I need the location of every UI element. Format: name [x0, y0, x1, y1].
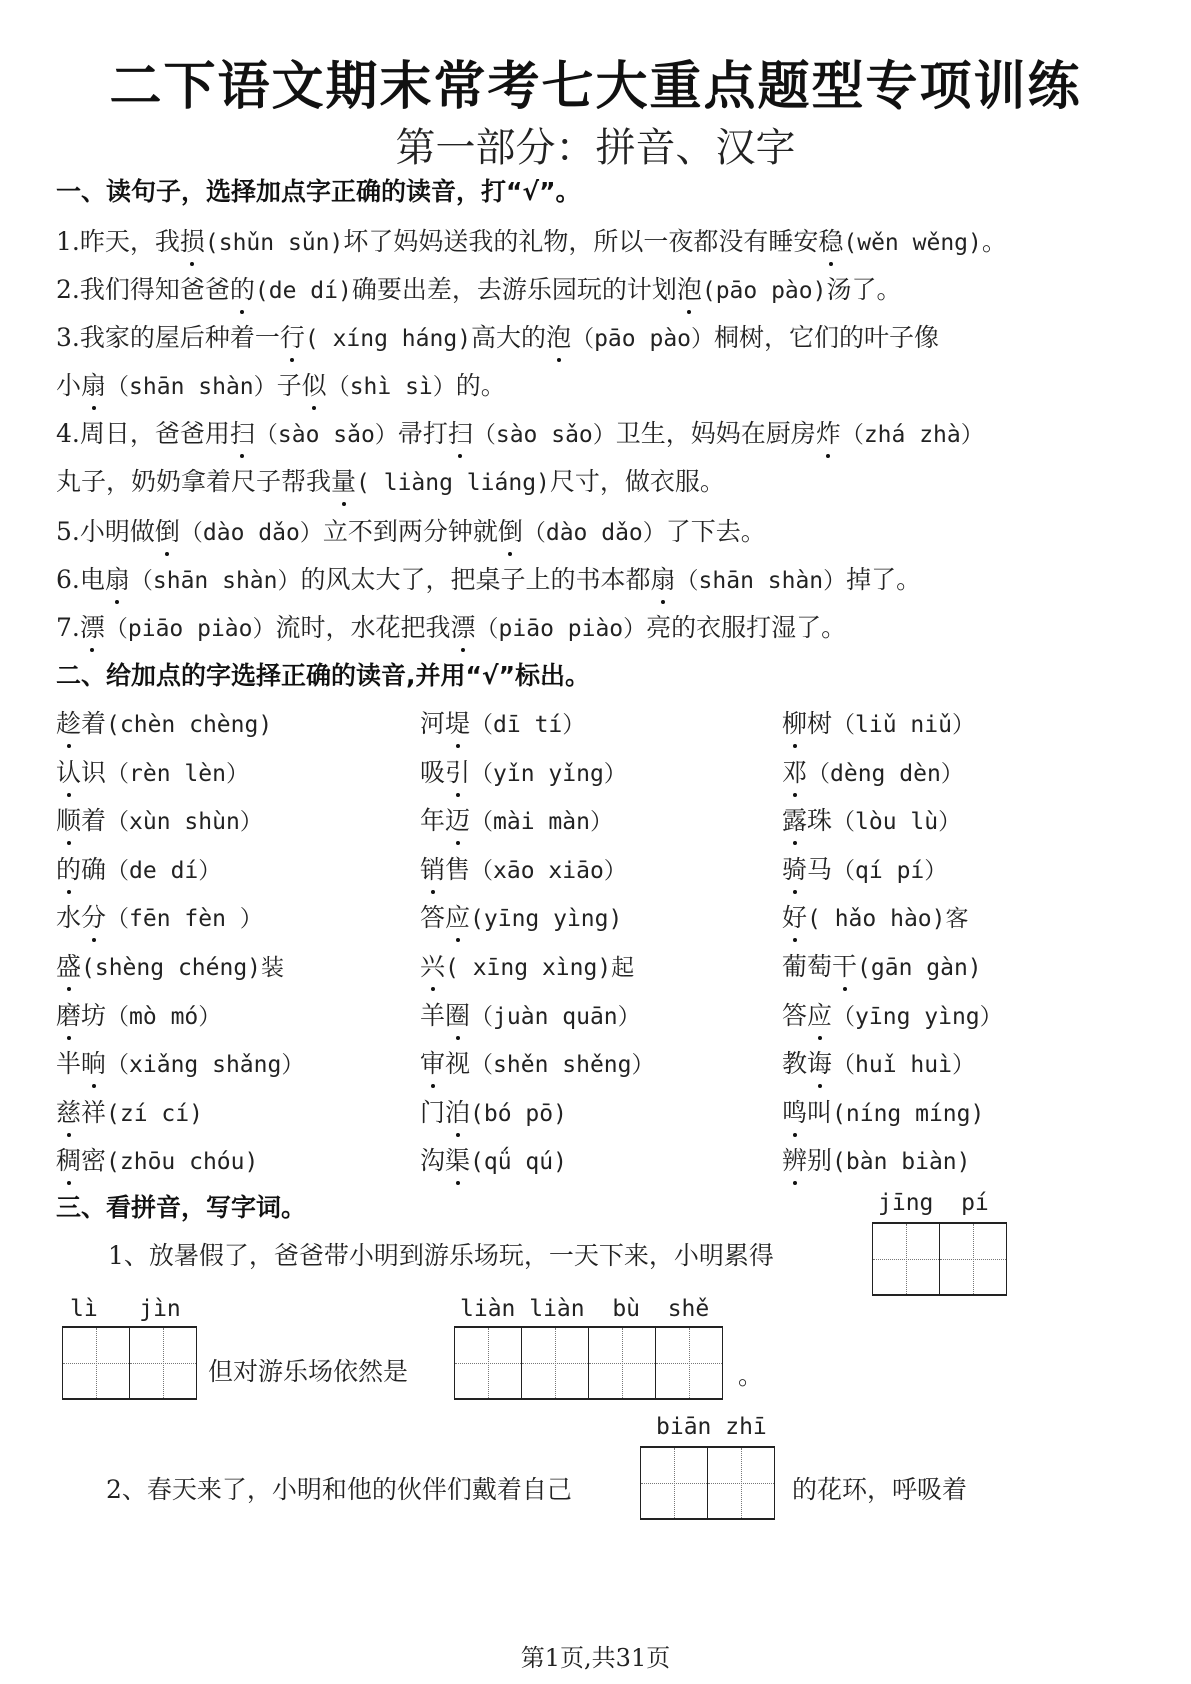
pinyin-options[interactable]: （juàn quān） — [470, 1004, 641, 1030]
dotted-char: 漂 — [80, 608, 105, 644]
pinyin-options[interactable]: （lòu lù） — [832, 809, 961, 835]
sentence-text: 高大的 — [471, 323, 546, 352]
char-box[interactable] — [522, 1328, 589, 1398]
sentence-line: 4.周日，爸爸用扫（sào sǎo）帚打扫（sào sǎo）卫生，妈妈在厨房炸（… — [56, 414, 984, 450]
char-box[interactable] — [589, 1328, 656, 1398]
dotted-char: 扇 — [81, 366, 106, 402]
sentence-text: 立不到两分钟就 — [323, 517, 498, 546]
word-text: 半 — [56, 1049, 81, 1078]
word-text: 珠 — [807, 806, 832, 835]
pinyin-options[interactable]: （yīng yìng） — [832, 1004, 1003, 1030]
section-2-heading: 二、给加点的字选择正确的读音,并用“√”标出。 — [56, 656, 590, 692]
word-item: 慈祥(zí cí) — [56, 1093, 203, 1129]
sentence-line: 小扇（shān shàn）子似（shì sì）的。 — [56, 366, 506, 402]
word-item: 吸引（yǐn yǐng） — [420, 753, 627, 789]
dotted-char: 鸣 — [782, 1093, 807, 1129]
pinyin-options[interactable]: （fēn fèn ） — [106, 906, 263, 932]
sentence-line: 6.电扇（shān shàn）的风太大了，把桌子上的书本都扇（shān shàn… — [56, 560, 921, 596]
dotted-char: 扫 — [448, 414, 473, 450]
char-box[interactable] — [455, 1328, 522, 1398]
sentence-text: 2.我们得知爸爸 — [56, 275, 230, 304]
word-text: 答 — [782, 1001, 807, 1030]
dotted-char: 的 — [56, 850, 81, 886]
char-box[interactable] — [130, 1328, 197, 1398]
dotted-char: 泡 — [677, 270, 702, 306]
sentence-line: 5.小明做倒（dào dǎo）立不到两分钟就倒（dào dǎo）了下去。 — [56, 512, 766, 548]
sentence-text: 尺寸，做衣服。 — [550, 467, 725, 496]
dotted-char: 露 — [782, 801, 807, 837]
sentence-text: 掉了。 — [846, 565, 921, 594]
answer-grid-lijin[interactable] — [62, 1326, 197, 1400]
question-2-text: 2、春天来了，小明和他的伙伴们戴着自己 — [106, 1470, 572, 1506]
dotted-char: 柳 — [782, 704, 807, 740]
pinyin-options[interactable]: (bó pō) — [470, 1101, 567, 1127]
dotted-char: 迈 — [445, 801, 470, 837]
pinyin-options[interactable]: (wěn wěng) — [843, 230, 981, 256]
pinyin-lijin: lì jìn — [70, 1296, 181, 1322]
word-item: 答应（yīng yìng） — [782, 996, 1003, 1032]
pinyin-options[interactable]: (zí cí) — [106, 1101, 203, 1127]
word-item: 年迈（mài màn） — [420, 801, 613, 837]
word-item: 认识（rèn lèn） — [56, 753, 249, 789]
pinyin-options[interactable]: ( xīng xìng)起 — [445, 955, 634, 981]
pinyin-options[interactable]: (de dí) — [255, 278, 352, 304]
answer-grid-bianzhi[interactable] — [640, 1446, 775, 1520]
pinyin-options[interactable]: （shān shàn） — [130, 568, 301, 594]
word-text: 别 — [807, 1146, 832, 1175]
word-item: 沟渠(qǘ qú) — [420, 1141, 567, 1177]
word-text: 年 — [420, 806, 445, 835]
pinyin-options[interactable]: （huǐ huì） — [832, 1052, 975, 1078]
pinyin-options[interactable]: (pāo pào) — [702, 278, 827, 304]
dotted-char: 诲 — [807, 1044, 832, 1080]
dotted-char: 销 — [420, 850, 445, 886]
dotted-char: 应 — [807, 996, 832, 1032]
dotted-char: 的 — [230, 270, 255, 306]
word-item: 磨坊（mò mó） — [56, 996, 221, 1032]
word-item: 羊圈（juàn quān） — [420, 996, 641, 1032]
dotted-char: 应 — [445, 898, 470, 934]
dotted-char: 扇 — [105, 560, 130, 596]
word-text: 视 — [445, 1049, 470, 1078]
word-item: 的确（de dí） — [56, 850, 221, 886]
word-item: 辨别(bàn biàn) — [782, 1141, 971, 1177]
sentence-text: 丸子，奶奶拿着尺子帮我 — [56, 467, 331, 496]
char-box[interactable] — [708, 1448, 775, 1518]
dotted-char: 行 — [280, 318, 305, 354]
word-text: 马 — [807, 855, 832, 884]
pinyin-options[interactable]: ( hǎo hào)客 — [807, 906, 968, 932]
pinyin-options[interactable]: （dào dǎo） — [180, 520, 323, 546]
dotted-char: 扇 — [651, 560, 676, 596]
section-3-heading: 三、看拼音，写字词。 — [56, 1188, 306, 1224]
dotted-char: 倒 — [498, 512, 523, 548]
word-item: 门泊(bó pō) — [420, 1093, 567, 1129]
dotted-char: 引 — [445, 753, 470, 789]
pinyin-options[interactable]: （shì sì） — [327, 374, 456, 400]
sentence-text: 。 — [982, 227, 1007, 256]
sentence-line: 2.我们得知爸爸的(de dí)确要出差，去游乐园玩的计划泡(pāo pào)汤… — [56, 270, 901, 306]
dotted-char: 圈 — [445, 996, 470, 1032]
sentence-text: 亮的衣服打湿了。 — [646, 613, 846, 642]
pinyin-options[interactable]: （qí pí） — [832, 858, 947, 884]
sentence-text: 1.昨天，我 — [56, 227, 180, 256]
sentence-text: 子 — [277, 371, 302, 400]
pinyin-options[interactable]: ( xíng háng) — [305, 326, 471, 352]
sentence-text: 桐树，它们的叶子像 — [714, 323, 939, 352]
dotted-char: 晌 — [81, 1044, 106, 1080]
dotted-char: 扫 — [230, 414, 255, 450]
dotted-char: 顺 — [56, 801, 81, 837]
pinyin-options[interactable]: （dèng dèn） — [807, 761, 964, 787]
pinyin-options[interactable]: (chèn chèng) — [106, 712, 272, 738]
word-text: 门 — [420, 1098, 445, 1127]
dotted-char: 损 — [180, 222, 205, 258]
section-1-heading: 一、读句子，选择加点字正确的读音，打“√”。 — [56, 172, 581, 208]
pinyin-jingpi: jīng pí — [878, 1190, 989, 1216]
sentence-text: 的。 — [456, 371, 506, 400]
dotted-char: 稠 — [56, 1141, 81, 1177]
dotted-char: 分 — [81, 898, 106, 934]
pinyin-options[interactable]: （shān shàn） — [676, 568, 847, 594]
word-text: 吸 — [420, 758, 445, 787]
word-item: 兴( xīng xìng)起 — [420, 947, 634, 983]
sentence-text: 流时，水花把我 — [276, 613, 451, 642]
sentence-text: 4.周日，爸爸用 — [56, 419, 230, 448]
char-box[interactable] — [873, 1224, 940, 1294]
sentence-text: 6.电 — [56, 565, 105, 594]
word-item: 露珠（lòu lù） — [782, 801, 961, 837]
word-text: 水 — [56, 903, 81, 932]
dotted-char: 审 — [420, 1044, 445, 1080]
pinyin-options[interactable]: (shèng chéng)装 — [81, 955, 284, 981]
question-1-text: 1、放暑假了，爸爸带小明到游乐场玩，一天下来，小明累得 — [108, 1236, 774, 1272]
word-text: 确 — [81, 855, 106, 884]
pinyin-options[interactable]: （piāo piào） — [476, 616, 647, 642]
sentence-text: 小 — [56, 371, 81, 400]
word-item: 水分（fēn fèn ） — [56, 898, 263, 934]
pinyin-options[interactable]: (níng míng) — [832, 1101, 984, 1127]
word-text: 沟 — [420, 1146, 445, 1175]
sentence-line: 3.我家的屋后种着一行( xíng háng)高大的泡（pāo pào）桐树，它… — [56, 318, 939, 354]
dotted-char: 好 — [782, 898, 807, 934]
pinyin-options[interactable]: （rèn lèn） — [106, 761, 249, 787]
pinyin-options[interactable]: （sào sǎo） — [473, 422, 616, 448]
dotted-char: 趁 — [56, 704, 81, 740]
word-item: 骑马（qí pí） — [782, 850, 947, 886]
sentence-text: 卫生，妈妈在厨房 — [616, 419, 816, 448]
word-item: 销售（xāo xiāo） — [420, 850, 627, 886]
pinyin-options[interactable]: （liǔ niǔ） — [832, 712, 975, 738]
page-title: 二下语文期末常考七大重点题型专项训练 — [0, 44, 1191, 119]
pinyin-bianzhi: biān zhī — [656, 1414, 767, 1440]
dotted-char: 磨 — [56, 996, 81, 1032]
word-item: 稠密(zhōu chóu) — [56, 1141, 258, 1177]
dotted-char: 炸 — [816, 414, 841, 450]
question-2-post: 的花环，呼吸着 — [792, 1470, 967, 1506]
pinyin-options[interactable]: （sào sǎo） — [255, 422, 398, 448]
word-text: 答 — [420, 903, 445, 932]
pinyin-options[interactable]: （de dí） — [106, 858, 221, 884]
pinyin-options[interactable]: （pāo pào） — [571, 326, 714, 352]
pinyin-options[interactable]: (zhōu chóu) — [106, 1149, 258, 1175]
sentence-text: 帚打 — [398, 419, 448, 448]
sentence-text: 5.小明做 — [56, 517, 155, 546]
pinyin-options[interactable]: （xāo xiāo） — [470, 858, 627, 884]
char-box[interactable] — [656, 1328, 723, 1398]
sentence-text: 坏了妈妈送我的礼物，所以一夜都没有睡安 — [343, 227, 818, 256]
pinyin-options[interactable]: （shān shàn） — [106, 374, 277, 400]
pinyin-options[interactable]: （zhá zhà） — [841, 422, 984, 448]
pinyin-options[interactable]: （mò mó） — [106, 1004, 221, 1030]
word-text: 祥 — [81, 1098, 106, 1127]
word-item: 趁着(chèn chèng) — [56, 704, 272, 740]
dotted-char: 兴 — [420, 947, 445, 983]
dotted-char: 干 — [832, 947, 857, 983]
word-text: 着 — [81, 806, 106, 835]
pinyin-options[interactable]: （dī tí） — [470, 712, 585, 738]
sentence-line: 1.昨天，我损(shǔn sǔn)坏了妈妈送我的礼物，所以一夜都没有睡安稳(wě… — [56, 222, 1007, 258]
word-text: 叫 — [807, 1098, 832, 1127]
word-item: 教诲（huǐ huì） — [782, 1044, 975, 1080]
word-text: 树 — [807, 709, 832, 738]
sentence-text: 3.我家的屋后种着一 — [56, 323, 280, 352]
pinyin-options[interactable]: （xùn shùn） — [106, 809, 263, 835]
dotted-char: 稳 — [818, 222, 843, 258]
sentence-line: 7.漂（piāo piào）流时，水花把我漂（piāo piào）亮的衣服打湿了… — [56, 608, 846, 644]
sentence-text: 7. — [56, 613, 80, 642]
dotted-char: 泊 — [445, 1093, 470, 1129]
question-1-mid: 但对游乐场依然是 — [208, 1352, 408, 1388]
dotted-char: 邓 — [782, 753, 807, 789]
word-item: 答应(yīng yìng) — [420, 898, 622, 934]
word-item: 盛(shèng chéng)装 — [56, 947, 284, 983]
dotted-char: 量 — [331, 462, 356, 498]
pinyin-options[interactable]: （mài màn） — [470, 809, 613, 835]
word-text: 葡萄 — [782, 952, 832, 981]
word-item: 顺着（xùn shùn） — [56, 801, 263, 837]
dotted-char: 辨 — [782, 1141, 807, 1177]
dotted-char: 盛 — [56, 947, 81, 983]
page-footer: 第1页,共31页 — [0, 1638, 1191, 1673]
char-box[interactable] — [940, 1224, 1007, 1294]
dotted-char: 倒 — [155, 512, 180, 548]
word-item: 葡萄干(gān gàn) — [782, 947, 982, 983]
word-text: 坊 — [81, 1001, 106, 1030]
sentence-text: 了下去。 — [666, 517, 766, 546]
dotted-char: 认 — [56, 753, 81, 789]
dotted-char: 慈 — [56, 1093, 81, 1129]
dotted-char: 漂 — [451, 608, 476, 644]
pinyin-options[interactable]: (gān gàn) — [857, 955, 982, 981]
pinyin-options[interactable]: （xiǎng shǎng） — [106, 1052, 304, 1078]
sentence-text: 的风太大了，把桌子上的书本都 — [301, 565, 651, 594]
pinyin-options[interactable]: (yīng yìng) — [470, 906, 622, 932]
sentence-line: 丸子，奶奶拿着尺子帮我量( liàng liáng)尺寸，做衣服。 — [56, 462, 725, 498]
word-text: 密 — [81, 1146, 106, 1175]
word-item: 半晌（xiǎng shǎng） — [56, 1044, 304, 1080]
word-text: 教 — [782, 1049, 807, 1078]
dotted-char: 骑 — [782, 850, 807, 886]
question-1-end: 。 — [738, 1356, 763, 1392]
pinyin-options[interactable]: ( liàng liáng) — [356, 470, 550, 496]
word-item: 好( hǎo hào)客 — [782, 898, 969, 934]
dotted-char: 似 — [302, 366, 327, 402]
word-text: 河 — [420, 709, 445, 738]
char-box[interactable] — [63, 1328, 130, 1398]
pinyin-options[interactable]: （piāo piào） — [105, 616, 276, 642]
sentence-text: 确要出差，去游乐园玩的计划 — [352, 275, 677, 304]
word-item: 鸣叫(níng míng) — [782, 1093, 984, 1129]
dotted-char: 泡 — [546, 318, 571, 354]
pinyin-options[interactable]: (shǔn sǔn) — [205, 230, 343, 256]
page-subtitle: 第一部分：拼音、汉字 — [0, 116, 1191, 173]
answer-grid-jingpi[interactable] — [872, 1222, 1007, 1296]
dotted-char: 渠 — [445, 1141, 470, 1177]
word-item: 河堤（dī tí） — [420, 704, 585, 740]
char-box[interactable] — [641, 1448, 708, 1518]
pinyin-options[interactable]: （dào dǎo） — [523, 520, 666, 546]
word-text: 识 — [81, 758, 106, 787]
sentence-text: 汤了。 — [826, 275, 901, 304]
word-text: 羊 — [420, 1001, 445, 1030]
answer-grid-lianlianbushe[interactable] — [454, 1326, 723, 1400]
pinyin-lianlianbushe: liàn liàn bù shě — [460, 1296, 709, 1322]
word-item: 柳树（liǔ niǔ） — [782, 704, 975, 740]
word-item: 邓（dèng dèn） — [782, 753, 964, 789]
pinyin-options[interactable]: （shěn shěng） — [470, 1052, 654, 1078]
word-text: 售 — [445, 855, 470, 884]
word-item: 审视（shěn shěng） — [420, 1044, 655, 1080]
word-text: 着 — [81, 709, 106, 738]
pinyin-options[interactable]: (bàn biàn) — [832, 1149, 970, 1175]
dotted-char: 堤 — [445, 704, 470, 740]
pinyin-options[interactable]: （yǐn yǐng） — [470, 761, 627, 787]
pinyin-options[interactable]: (qǘ qú) — [470, 1149, 567, 1175]
